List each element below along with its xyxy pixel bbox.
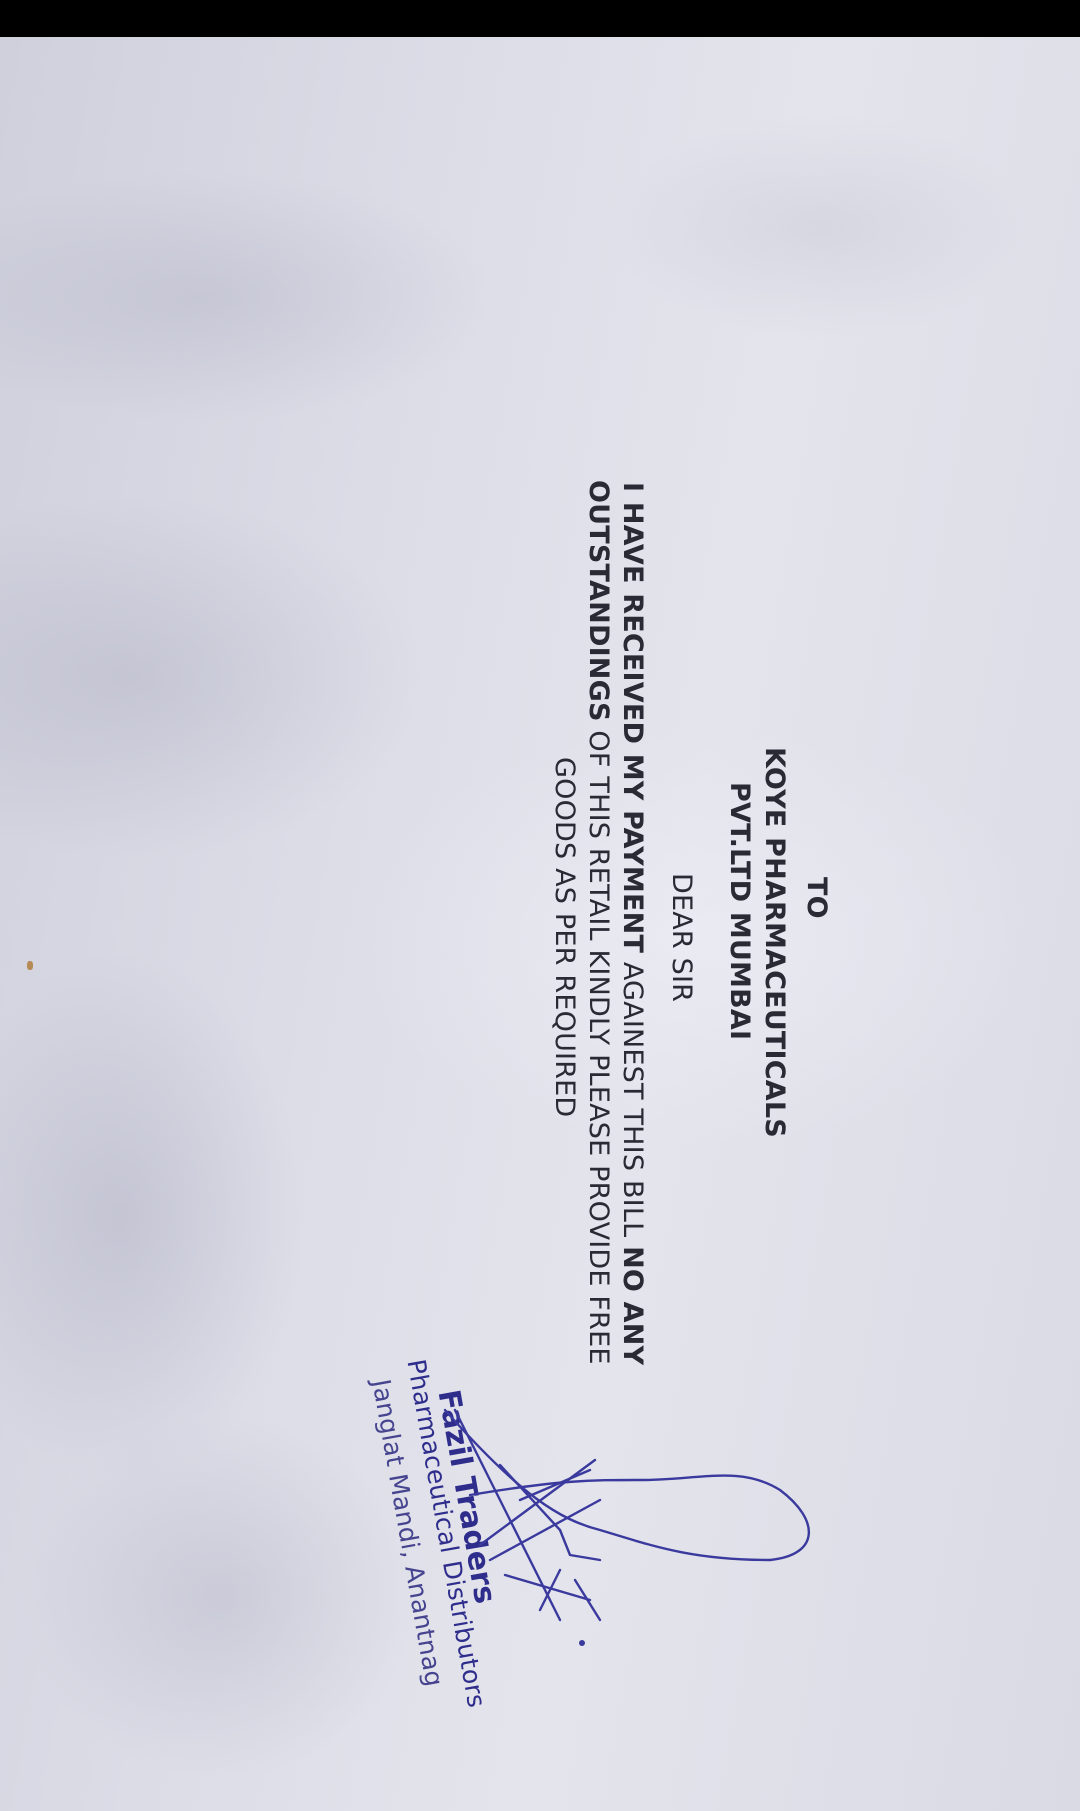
signature [0,0,1080,1811]
